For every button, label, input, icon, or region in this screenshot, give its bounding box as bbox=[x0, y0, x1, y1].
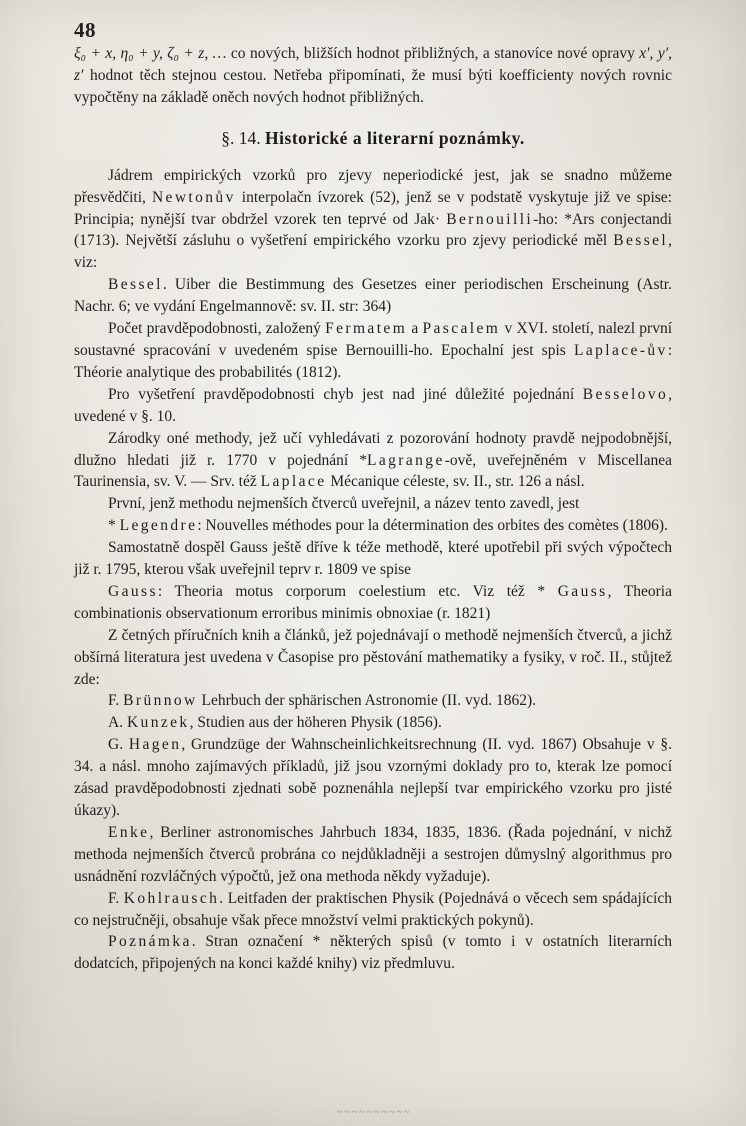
letterspaced-name: Enke bbox=[108, 824, 149, 841]
text-run: : Theoria motus corporum coelestium etc.… bbox=[158, 583, 558, 600]
paragraph: Pro vyšetření pravděpodobnosti chyb jest… bbox=[74, 384, 672, 428]
lead-paragraph: ξ₀ + x, η₀ + y, ζ₀ + z, … co nových, bli… bbox=[74, 43, 672, 109]
letterspaced-name: Bernouilli bbox=[446, 211, 533, 228]
text-run: a bbox=[407, 320, 422, 337]
text-run: ξ₀ + x, η₀ + y, ζ₀ + z, … bbox=[74, 45, 226, 62]
text-run: : Nouvelles méthodes pour la déterminati… bbox=[197, 517, 667, 534]
text-run: Pro vyšetření pravděpodobnosti chyb jest… bbox=[108, 386, 583, 403]
letterspaced-name: Gauss bbox=[558, 583, 608, 600]
letterspaced-name: Bessel bbox=[108, 276, 163, 293]
letterspaced-name: Brünnow bbox=[123, 692, 198, 709]
paragraph: G. Hagen, Grundzüge der Wahnscheinlichke… bbox=[74, 734, 672, 822]
letterspaced-name: Pascalem bbox=[423, 320, 501, 337]
end-flourish: ~~~~~~~~~~ bbox=[1, 1106, 746, 1118]
text-run: F. bbox=[108, 692, 123, 709]
section-heading: §. 14. Historické a literarní poznámky. bbox=[74, 126, 672, 150]
letterspaced-name: Bessel bbox=[613, 232, 668, 249]
letterspaced-name: Poznámka bbox=[108, 933, 192, 950]
letterspaced-name: Besselovo bbox=[583, 386, 668, 403]
paragraph: Počet pravděpodobnosti, založený Fermate… bbox=[74, 318, 672, 384]
paragraph: První, jenž methodu nejmenších čtverců u… bbox=[74, 493, 672, 515]
paragraph: F. Brünnow Lehrbuch der sphärischen Astr… bbox=[74, 690, 672, 712]
letterspaced-name: Laplace bbox=[261, 473, 327, 490]
letterspaced-name: Kohlrausch bbox=[124, 890, 219, 907]
page-number: 48 bbox=[74, 18, 672, 43]
letterspaced-name: Lagrange bbox=[367, 452, 445, 469]
text-run: F. bbox=[108, 890, 124, 907]
paragraph: A. Kunzek, Studien aus der höheren Physi… bbox=[74, 712, 672, 734]
paragraph: F. Kohlrausch. Leitfaden der praktischen… bbox=[74, 888, 672, 932]
text-run: hodnot těch stejnou cestou. Netřeba přip… bbox=[74, 67, 672, 106]
text-run: Lehrbuch der sphärischen Astronomie (II.… bbox=[198, 692, 536, 709]
text-run: Samostatně dospěl Gauss ještě dříve k té… bbox=[74, 539, 672, 578]
letterspaced-name: Hagen bbox=[129, 736, 181, 753]
letterspaced-name: Fermatem bbox=[325, 320, 407, 337]
text-run: G. bbox=[108, 736, 129, 753]
text-run: . Uiber die Bestimmung des Gesetzes eine… bbox=[74, 276, 672, 315]
text-run: * bbox=[108, 517, 120, 534]
section-title: Historické a literarní poznámky. bbox=[265, 128, 525, 148]
paragraph: * Legendre: Nouvelles méthodes pour la d… bbox=[74, 515, 672, 537]
letterspaced-name: Legendre bbox=[120, 517, 198, 534]
paragraph: Gauss: Theoria motus corporum coelestium… bbox=[74, 581, 672, 625]
body-paragraphs: Jádrem empirických vzorků pro zjevy nepe… bbox=[74, 165, 672, 976]
paragraph: Samostatně dospěl Gauss ještě dříve k té… bbox=[74, 537, 672, 581]
paragraph: Jádrem empirických vzorků pro zjevy nepe… bbox=[74, 165, 672, 275]
text-run: , Berliner astronomisches Jahrbuch 1834,… bbox=[74, 824, 672, 885]
scanned-book-page: 48 ξ₀ + x, η₀ + y, ζ₀ + z, … co nových, … bbox=[0, 0, 746, 1126]
text-run: co nových, bližších hodnot přibližných, … bbox=[226, 45, 639, 62]
text-run: První, jenž methodu nejmenších čtverců u… bbox=[108, 495, 579, 512]
letterspaced-name: Laplace-ův bbox=[574, 342, 668, 359]
text-run: , Studien aus der höheren Physik (1856). bbox=[190, 714, 442, 731]
text-run: Počet pravděpodobnosti, založený bbox=[108, 320, 325, 337]
paragraph: Zárodky oné methody, jež učí vyhledávati… bbox=[74, 428, 672, 494]
letterspaced-name: Gauss bbox=[108, 583, 158, 600]
paragraph: Bessel. Uiber die Bestimmung des Gesetze… bbox=[74, 274, 672, 318]
paragraph: Enke, Berliner astronomisches Jahrbuch 1… bbox=[74, 822, 672, 888]
paragraph: Poznámka. Stran označení * některých spi… bbox=[74, 931, 672, 975]
text-run: Mécanique céleste, sv. II., str. 126 a n… bbox=[327, 473, 585, 490]
paragraph: Z četných příručních knih a článků, jež … bbox=[74, 625, 672, 691]
letterspaced-name: Kunzek bbox=[127, 714, 190, 731]
section-number: §. 14. bbox=[221, 128, 260, 148]
text-run: A. bbox=[108, 714, 127, 731]
text-run: Z četných příručních knih a článků, jež … bbox=[74, 627, 672, 688]
letterspaced-name: Newtonův bbox=[152, 189, 236, 206]
